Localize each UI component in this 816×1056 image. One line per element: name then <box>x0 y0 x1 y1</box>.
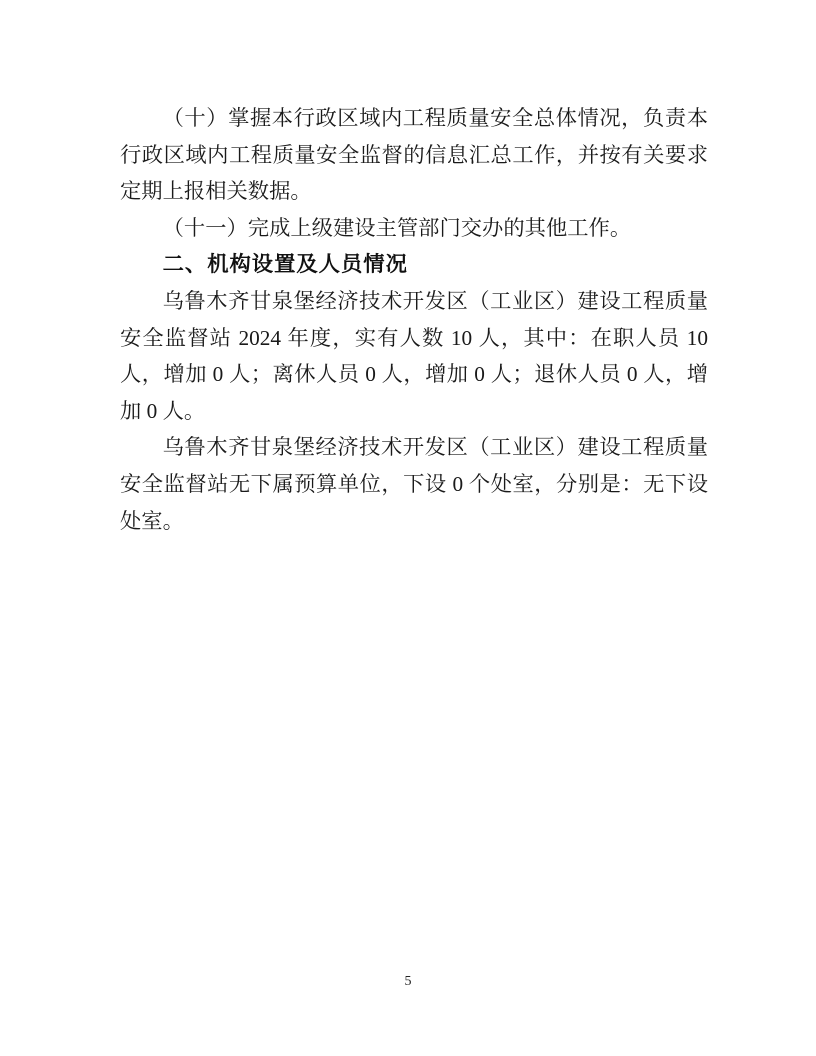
text-line: 加 0 人。 <box>120 393 708 430</box>
section-heading: 二、机构设置及人员情况 <box>120 246 708 283</box>
section: 二、机构设置及人员情况 <box>120 246 708 283</box>
text-line: 处室。 <box>120 503 708 540</box>
text-line: 人，增加 0 人；离休人员 0 人，增加 0 人；退休人员 0 人，增 <box>120 356 708 393</box>
document-body: （十）掌握本行政区域内工程质量安全总体情况，负责本 行政区域内工程质量安全监督的… <box>120 100 708 539</box>
paragraph: （十）掌握本行政区域内工程质量安全总体情况，负责本 行政区域内工程质量安全监督的… <box>120 100 708 210</box>
paragraph: 乌鲁木齐甘泉堡经济技术开发区（工业区）建设工程质量 安全监督站无下属预算单位，下… <box>120 429 708 539</box>
text-line: 安全监督站 2024 年度，实有人数 10 人，其中：在职人员 10 <box>120 320 708 357</box>
text-line: 行政区域内工程质量安全监督的信息汇总工作，并按有关要求 <box>120 137 708 174</box>
paragraph: （十一）完成上级建设主管部门交办的其他工作。 <box>120 210 708 247</box>
text-line: 安全监督站无下属预算单位，下设 0 个处室，分别是：无下设 <box>120 466 708 503</box>
page-number: 5 <box>405 974 412 989</box>
page-footer: 5 <box>0 972 816 990</box>
document-page: （十）掌握本行政区域内工程质量安全总体情况，负责本 行政区域内工程质量安全监督的… <box>0 0 816 1056</box>
text-line: 乌鲁木齐甘泉堡经济技术开发区（工业区）建设工程质量 <box>120 429 708 466</box>
text-line: （十一）完成上级建设主管部门交办的其他工作。 <box>120 210 708 247</box>
text-line: 乌鲁木齐甘泉堡经济技术开发区（工业区）建设工程质量 <box>120 283 708 320</box>
text-line: 定期上报相关数据。 <box>120 173 708 210</box>
text-line: （十）掌握本行政区域内工程质量安全总体情况，负责本 <box>120 100 708 137</box>
paragraph: 乌鲁木齐甘泉堡经济技术开发区（工业区）建设工程质量 安全监督站 2024 年度，… <box>120 283 708 429</box>
